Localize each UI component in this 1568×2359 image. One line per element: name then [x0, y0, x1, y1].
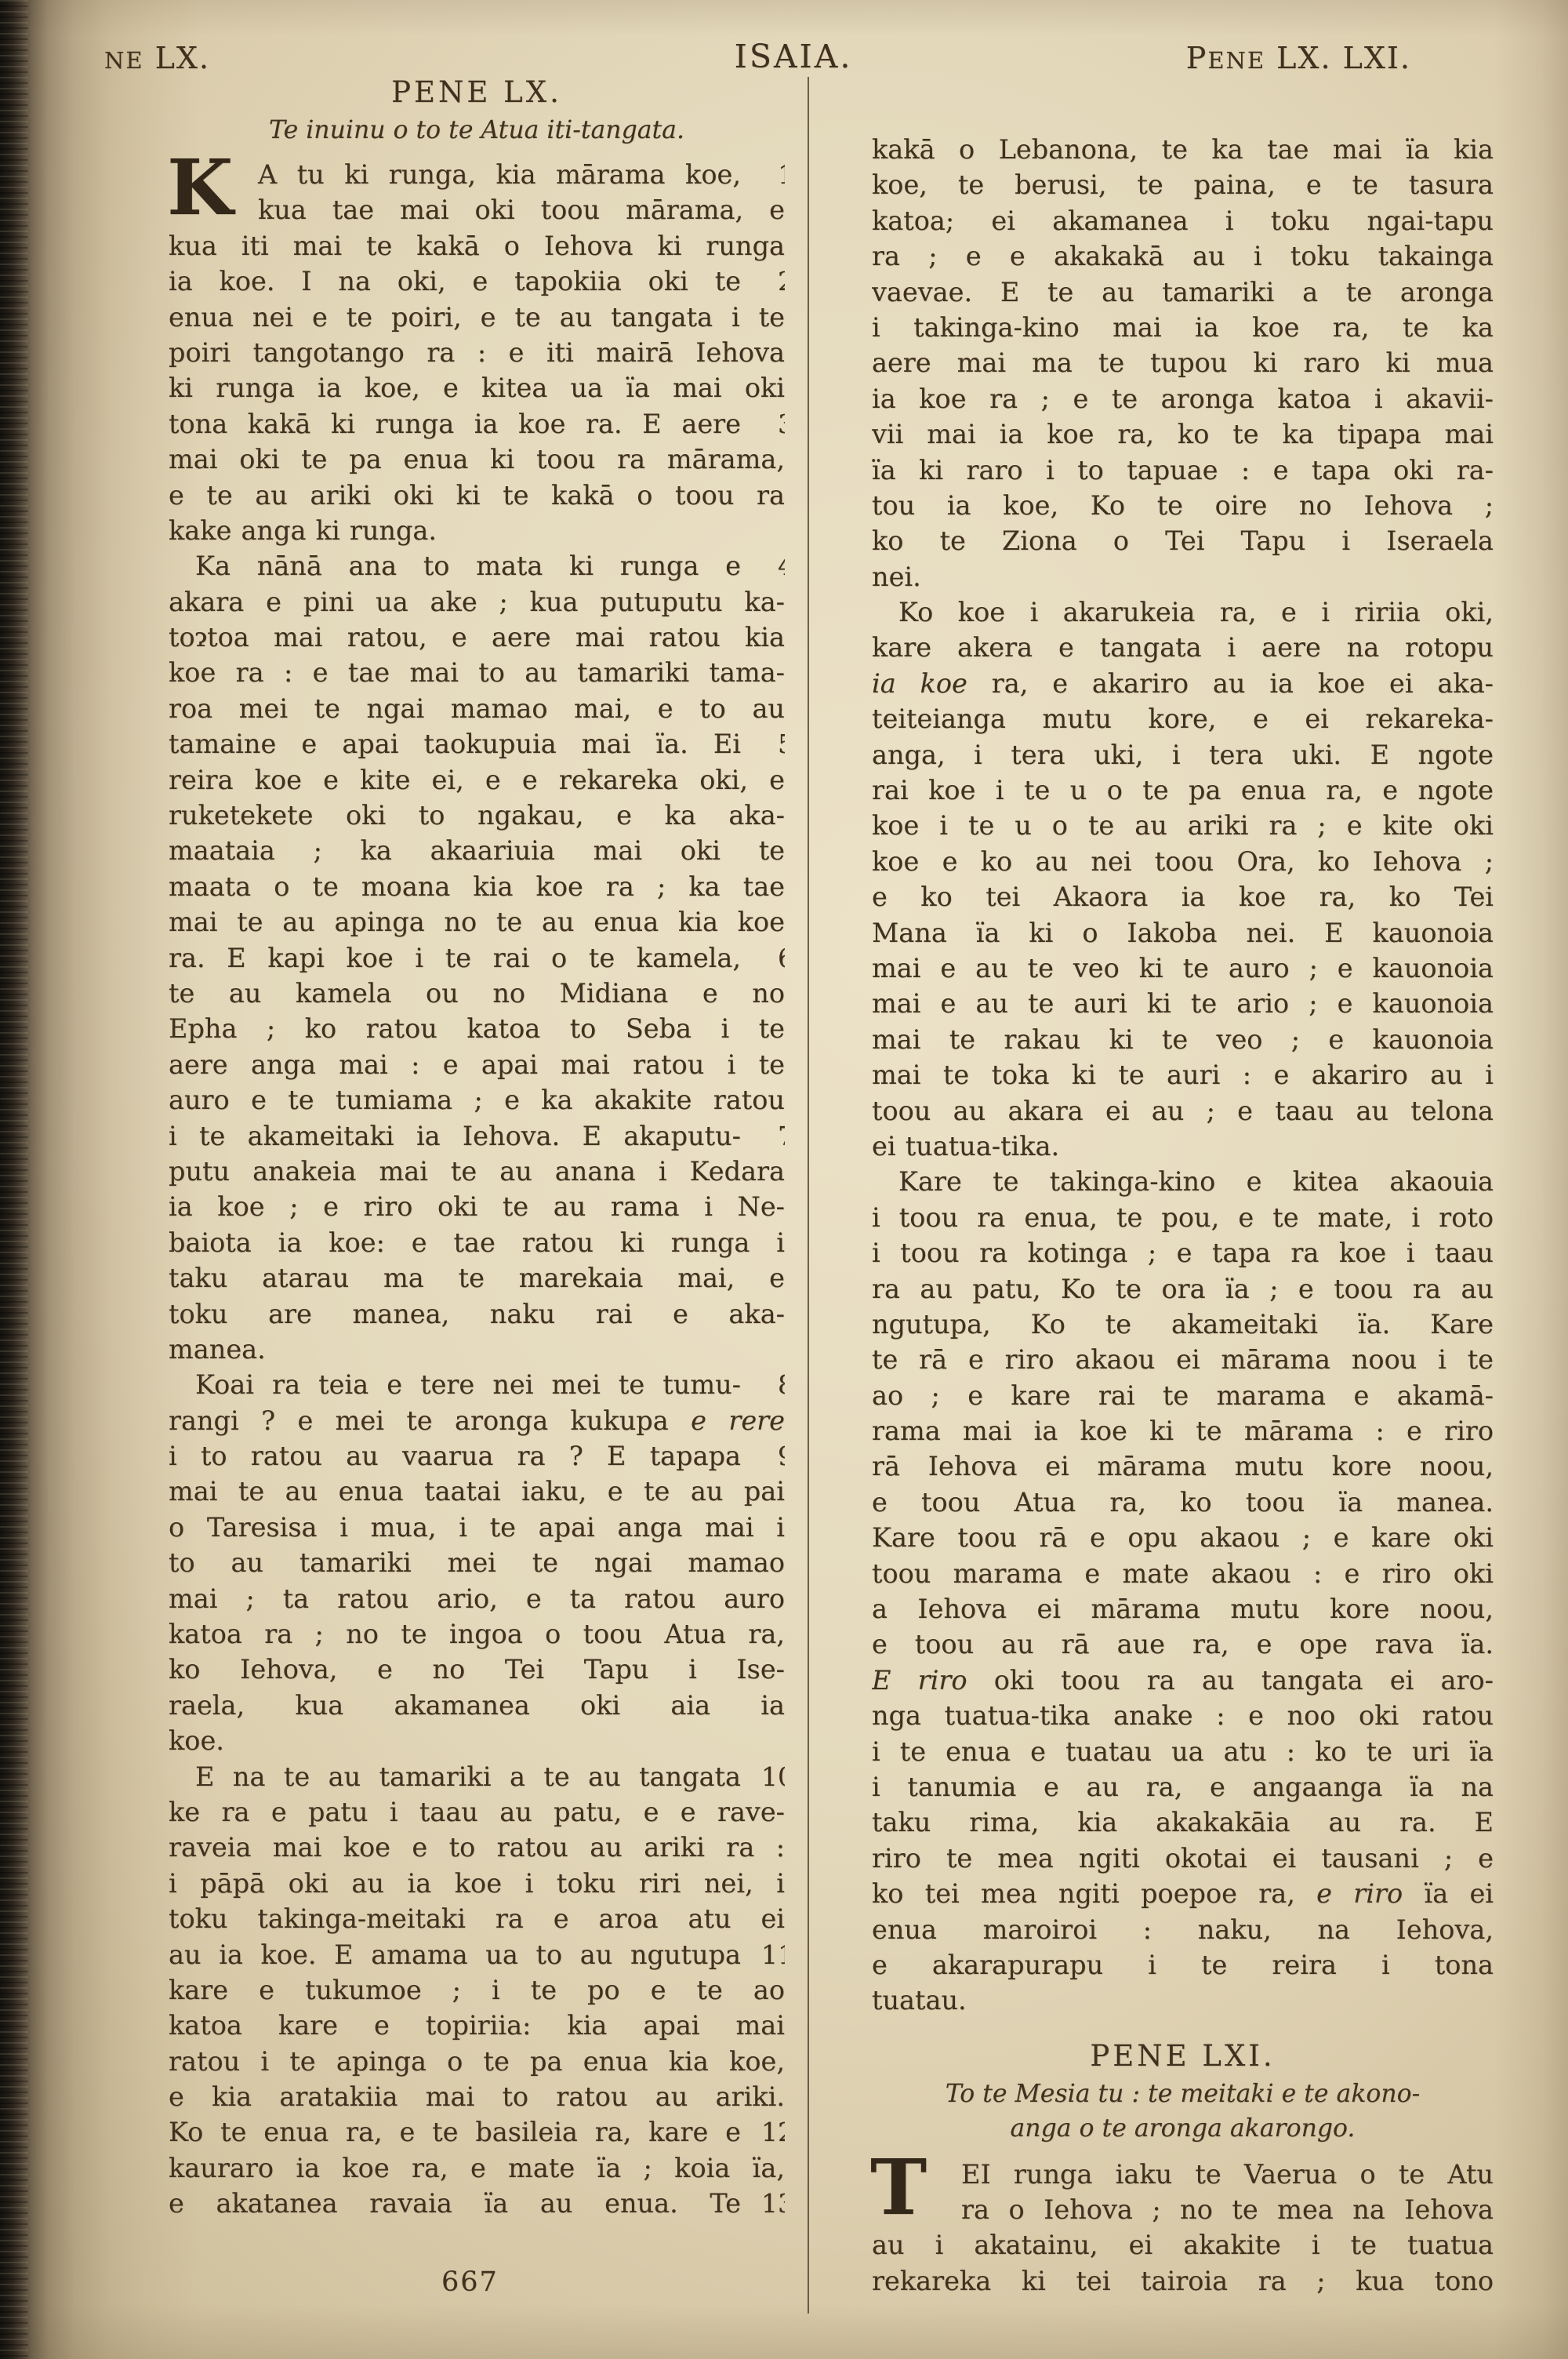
text-line: EI runga iaku te Vaerua o te Atu1: [872, 2157, 1494, 2192]
text-line: mai oki te pa enua ki toou ra mārama,: [169, 442, 785, 477]
verse-text: nga tuatua-tika anake : e noo oki ratou: [872, 1700, 1494, 1731]
chapter-heading-pene-lxi: PENE LXI.: [872, 2036, 1494, 2077]
text-line: koe ra : e tae mai to au tamariki tama-: [169, 655, 785, 690]
running-head-right: PENE LX. LXI.: [1186, 41, 1411, 75]
text-line: katoa; ei akamanea i toku ngai-tapu: [872, 203, 1494, 238]
verse-number: 8: [751, 1367, 785, 1402]
text-line: mai te rakau ki te veo ; e kauonoia: [872, 1022, 1494, 1057]
verse-text: rā Iehova ei mārama mutu kore noou,: [872, 1451, 1494, 1481]
verse-text: raela, kua akamanea oki aia ia: [169, 1690, 785, 1721]
verse-text: akara e pini ua ake ; kua putuputu ka-: [169, 587, 785, 617]
verse-text: tamaine e apai taokupuia mai ïa. Ei: [169, 729, 741, 759]
verse-text: i toou ra kotinga ; e tapa ra koe i taau: [872, 1238, 1494, 1268]
text-line: ei tuatua-tika.: [872, 1129, 1494, 1164]
text-line: kake anga ki runga.: [169, 513, 785, 548]
verse-text: ïa ki raro i to tapuae : e tapa oki ra-: [872, 455, 1494, 485]
text-line: teiteianga mutu kore, e ei rekareka-: [872, 701, 1494, 736]
text-line: a Iehova ei mārama mutu kore noou,: [872, 1591, 1494, 1627]
text-line: taku atarau ma te marekaia mai, e: [169, 1260, 785, 1296]
verse-number: 3: [778, 406, 785, 442]
text-line: vii mai ia koe ra, ko te ka tipapa mai: [872, 416, 1494, 452]
verse-text: i te enua e tuatau ua atu : ko te uri ïa: [872, 1736, 1494, 1767]
verse-text: anga, i tera uki, i tera uki. E ngote: [872, 740, 1494, 770]
text-line: i pāpā oki au ia koe i toku riri nei, i: [169, 1866, 785, 1901]
verse-text: au ia koe. E amama ua to au ngutupa: [169, 1939, 741, 1970]
text-line: i te akameitaki ia Iehova. E akaputu-7: [169, 1118, 785, 1154]
text-line: rama mai ia koe ki te mārama : e riro: [872, 1413, 1494, 1448]
text-line: ia koe. I na oki, e tapokiia oki te2: [169, 264, 785, 299]
verse-text: mai oki te pa enua ki toou ra mārama,: [169, 444, 785, 474]
text-line: ïa ki raro i to tapuae : e tapa oki ra-: [872, 453, 1494, 488]
text-line: e toou Atua ra, ko toou ïa manea.: [872, 1485, 1494, 1520]
verse-text: rai koe i te u o te pa enua ra, e ngote: [872, 775, 1494, 805]
text-line: Kare te takinga-kino e kitea akaouia18: [872, 1164, 1494, 1199]
verse-number: 10: [735, 1759, 785, 1794]
verse-text: roa mei te ngai mamao mai, e to au: [169, 693, 785, 724]
text-line: e toou au rā aue ra, e ope rava ïa.: [872, 1627, 1494, 1662]
verse-text: toɂtoa mai ratou, e aere mai ratou kia: [169, 622, 785, 652]
verse-text: rekareka ki tei tairoia ra ; kua tono: [872, 2266, 1494, 2296]
verse-text: ei tuatua-tika.: [872, 1131, 1059, 1161]
chapter-subtitle-pene-lxi: To te Mesia tu : te meitaki e te akono- …: [872, 2077, 1494, 2146]
verse-text: aere anga mai : e apai mai ratou i te: [169, 1049, 785, 1080]
text-line: tona kakā ki runga ia koe ra. E aere3: [169, 406, 785, 442]
verse-text: Ko koe i akarukeia ra, e i ririia oki,: [898, 597, 1494, 627]
running-head-left-smallcaps: NE: [104, 47, 144, 74]
verse-text: mai ; ta ratou ario, e ta ratou auro: [169, 1583, 785, 1614]
text-line: enua maroiroi : naku, na Iehova,: [872, 1912, 1494, 1947]
text-line: ao ; e kare rai te marama e akamā-: [872, 1378, 1494, 1413]
verse-text: to au tamariki mei te ngai mamao: [169, 1547, 785, 1578]
verse-text: mai e au te veo ki te auro ; e kauonoia: [872, 953, 1494, 983]
text-line: koe.: [169, 1723, 785, 1758]
text-line: Epha ; ko ratou katoa to Seba i te: [169, 1011, 785, 1046]
verse-text: toou au akara ei au ; e taau au telona: [872, 1096, 1494, 1126]
verse-text: vii mai ia koe ra, ko te ka tipapa mai: [872, 419, 1494, 449]
text-line: e ko tei Akaora ia koe ra, ko Tei: [872, 879, 1494, 914]
column-divider-rule: [808, 77, 809, 2314]
verse-text: koe.: [169, 1725, 224, 1756]
verse-text: ko tei mea ngiti poepoe ra, e riro ïa ei: [872, 1878, 1494, 1909]
verse-number: 2: [778, 264, 785, 299]
verse-text: e kia aratakiia mai to ratou au ariki.: [169, 2081, 785, 2112]
verse-text: i to ratou au vaarua ra ? E tapapa: [169, 1441, 741, 1471]
verse-text: rangi ? e mei te aronga kukupa e rere: [169, 1405, 785, 1436]
verse-text: reira koe e kite ei, e e rekareka oki, e: [169, 765, 785, 795]
verse-number: 9: [778, 1438, 785, 1474]
verse-text: ra o Iehova ; no te mea na Iehova: [961, 2194, 1494, 2225]
verse-text: i pāpā oki au ia koe i toku riri nei, i: [169, 1868, 785, 1899]
text-line: manea.: [169, 1332, 785, 1367]
verse-text: i te akameitaki ia Iehova. E akaputu-: [169, 1121, 741, 1151]
text-line: o Taresisa i mua, i te apai anga mai i: [169, 1510, 785, 1545]
text-line: kare akera e tangata i aere na rotopu: [872, 630, 1494, 665]
text-line: Ka nānā ana to mata ki runga e4: [169, 548, 785, 583]
text-line: e kia aratakiia mai to ratou au ariki.: [169, 2079, 785, 2114]
text-line: E riro oki toou ra au tangata ei aro-21: [872, 1663, 1494, 1698]
verse-text: baiota ia koe: e tae ratou ki runga i: [169, 1227, 785, 1258]
text-line: Ko te enua ra, e te basileia ra, kare e1…: [169, 2114, 785, 2150]
verse-text: EI runga iaku te Vaerua o te Atu: [961, 2159, 1494, 2190]
text-line: e akatanea ravaia ïa au enua. Te13: [169, 2186, 785, 2221]
text-line: ia koe ra ; e te aronga katoa i akavii-: [872, 381, 1494, 416]
verse-text: riro te mea ngiti okotai ei tausani ; e: [872, 1843, 1494, 1874]
verse-text: toku are manea, naku rai e aka-: [169, 1299, 785, 1329]
verse-text: A tu ki runga, kia mārama koe,: [258, 159, 741, 190]
verse-number: 5: [778, 726, 785, 761]
text-line: A tu ki runga, kia mārama koe,1: [169, 157, 785, 192]
text-line: kare e tukumoe ; i te po e te ao: [169, 1972, 785, 2008]
text-line: i toou ra kotinga ; e tapa ra koe i taau: [872, 1235, 1494, 1270]
text-line: mai te toka ki te auri : e akariro au i: [872, 1057, 1494, 1092]
chapter-heading-pene-lx: PENE LX.: [169, 72, 785, 113]
verse-text: e toou au rā aue ra, e ope rava ïa.: [872, 1629, 1494, 1659]
page-number: 667: [441, 2266, 499, 2298]
verse-text: toku takinga-meitaki ra e aroa atu ei: [169, 1903, 785, 1934]
verse-text: ko te Ziona o Tei Tapu i Iseraela: [872, 525, 1494, 556]
text-line: roa mei te ngai mamao mai, e to au: [169, 691, 785, 726]
verse-text: poiri tangotango ra : e iti mairā Iehova: [169, 337, 785, 368]
verse-text: Koai ra teia e tere nei mei te tumu-: [195, 1369, 741, 1400]
text-line: toou au akara ei au ; e taau au telona: [872, 1093, 1494, 1129]
text-line: tamaine e apai taokupuia mai ïa. Ei5: [169, 726, 785, 761]
verse-text: tou ia koe, Ko te oire no Iehova ;: [872, 490, 1494, 521]
text-line: maata o te moana kia koe ra ; ka tae: [169, 869, 785, 904]
right-column: kakā o Lebanona, te ka tae mai ïa kiakoe…: [872, 132, 1494, 2299]
text-line: ko te Ziona o Tei Tapu i Iseraela: [872, 523, 1494, 558]
text-line: vaevae. E te au tamariki a te aronga14: [872, 274, 1494, 310]
text-line: riro te mea ngiti okotai ei tausani ; e: [872, 1841, 1494, 1876]
verse-text: toou marama e mate akaou : e riro oki: [872, 1558, 1494, 1589]
text-line: ra ; e e akakakā au i toku takainga: [872, 238, 1494, 274]
verse-text: taku atarau ma te marekaia mai, e: [169, 1263, 785, 1293]
text-line: tuatau.: [872, 1983, 1494, 2018]
text-line: mai te au apinga no te au enua kia koe: [169, 904, 785, 940]
verse-text: manea.: [169, 1334, 266, 1365]
text-line: ko Iehova, e no Tei Tapu i Ise-: [169, 1652, 785, 1687]
text-line: toɂtoa mai ratou, e aere mai ratou kia: [169, 620, 785, 655]
verse-text: kua tae mai oki toou mārama, e: [258, 194, 785, 225]
text-line: to au tamariki mei te ngai mamao: [169, 1545, 785, 1580]
verse-text: katoa ra ; no te ingoa o toou Atua ra,: [169, 1619, 785, 1649]
text-line: aere mai ma te tupou ki raro ki mua: [872, 345, 1494, 380]
verse-text: Kare te takinga-kino e kitea akaouia: [898, 1166, 1494, 1197]
text-line: koe e ko au nei toou Ora, ko Iehova ;: [872, 844, 1494, 879]
text-line: te au kamela ou no Midiana e no: [169, 976, 785, 1011]
verse-text: i takinga-kino mai ia koe ra, te ka: [872, 312, 1494, 343]
verse-text: ko Iehova, e no Tei Tapu i Ise-: [169, 1654, 785, 1685]
verse-text: kakā o Lebanona, te ka tae mai ïa kia: [872, 134, 1494, 165]
verse-text: katoa; ei akamanea i toku ngai-tapu: [872, 205, 1494, 236]
text-line: i te enua e tuatau ua atu : ko te uri ïa: [872, 1734, 1494, 1769]
verse-text: kare e tukumoe ; i te po e te ao: [169, 1975, 785, 2005]
text-line: koe, te berusi, te paina, e te tasura: [872, 167, 1494, 202]
verse-text: mai te au apinga no te au enua kia koe: [169, 907, 785, 937]
verse-text: kua iti mai te kakā o Iehova ki runga: [169, 231, 785, 261]
text-line: ia koe ra, e akariro au ia koe ei aka-: [872, 666, 1494, 701]
verse-text: ke ra e patu i taau au patu, e e rave-: [169, 1797, 785, 1827]
verse-text: koe, te berusi, te paina, e te tasura: [872, 169, 1494, 200]
running-head-right-numeral: LX. LXI.: [1276, 41, 1411, 75]
verse-text: ia koe ra ; e te aronga katoa i akavii-: [872, 383, 1494, 414]
verse-text: Mana ïa ki o Iakoba nei. E kauonoia: [872, 918, 1494, 948]
text-line: anga, i tera uki, i tera uki. E ngote16: [872, 737, 1494, 772]
verse-text: kare akera e tangata i aere na rotopu: [872, 632, 1494, 663]
verse-text: ratou i te apinga o te pa enua kia koe,: [169, 2046, 785, 2077]
verse-text: Ka nānā ana to mata ki runga e: [195, 551, 741, 581]
verse-text: ki runga ia koe, e kitea ua ïa mai oki: [169, 373, 785, 403]
text-line: putu anakeia mai te au anana i Kedara: [169, 1154, 785, 1189]
page-edge-texture: [0, 0, 28, 2359]
verse-text: e toou Atua ra, ko toou ïa manea.: [872, 1487, 1494, 1518]
text-line: raveia mai koe e to ratou au ariki ra :: [169, 1830, 785, 1865]
verse-text: koe e ko au nei toou Ora, ko Iehova ;: [872, 846, 1494, 877]
text-line: rā Iehova ei mārama mutu kore noou,: [872, 1448, 1494, 1484]
chapter-subtitle-line-1: To te Mesia tu : te meitaki e te akono-: [872, 2077, 1494, 2111]
chapter-subtitle-pene-lx: Te inuinu o to te Atua iti-tangata.: [169, 113, 785, 147]
running-head-left: NE LX.: [104, 41, 210, 75]
verse-text: koe ra : e tae mai to au tamariki tama-: [169, 657, 785, 688]
verse-text: tona kakā ki runga ia koe ra. E aere: [169, 409, 741, 439]
text-line: Ko koe i akarukeia ra, e i ririia oki,15: [872, 594, 1494, 630]
verse-text: auro e te tumiama ; e ka akakite ratou: [169, 1085, 785, 1115]
text-line: raela, kua akamanea oki aia ia: [169, 1688, 785, 1723]
text-line: katoa ra ; no te ingoa o toou Atua ra,: [169, 1616, 785, 1652]
verse-text: i toou ra enua, te pou, e te mate, i rot…: [872, 1202, 1494, 1233]
verse-text: teiteianga mutu kore, e ei rekareka-: [872, 703, 1494, 734]
text-line: ko tei mea ngiti poepoe ra, e riro ïa ei: [872, 1876, 1494, 1911]
verse-text: koe i te u o te au ariki ra ; e kite oki: [872, 810, 1494, 841]
text-line: kakā o Lebanona, te ka tae mai ïa kia: [872, 132, 1494, 167]
verse-text: enua maroiroi : naku, na Iehova,: [872, 1914, 1494, 1945]
text-line: poiri tangotango ra : e iti mairā Iehova: [169, 335, 785, 370]
verse-text: ngutupa, Ko te akameitaki ïa. Kare: [872, 1309, 1494, 1339]
text-line: E na te au tamariki a te au tangata10: [169, 1759, 785, 1794]
verse-text: taku rima, kia akakakāia au ra. E: [872, 1807, 1494, 1837]
verse-text: putu anakeia mai te au anana i Kedara: [169, 1156, 785, 1187]
verse-text: Epha ; ko ratou katoa to Seba i te: [169, 1013, 785, 1044]
text-line: toou marama e mate akaou : e riro oki: [872, 1556, 1494, 1591]
verse-number: 13: [761, 2186, 785, 2221]
text-line: i takinga-kino mai ia koe ra, te ka: [872, 310, 1494, 345]
verse-number: 7: [778, 1118, 785, 1154]
verse-text: e akarapurapu i te reira i tona: [872, 1950, 1494, 1980]
text-line: Kare toou rā e opu akaou ; e kare oki20: [872, 1520, 1494, 1555]
verse-text: aere mai ma te tupou ki raro ki mua: [872, 347, 1494, 378]
verse-text: o Taresisa i mua, i te apai anga mai i: [169, 1512, 785, 1543]
verse-text: e ko tei Akaora ia koe ra, ko Tei: [872, 881, 1494, 912]
verse-text: enua nei e te poiri, e te au tangata i t…: [169, 302, 785, 333]
text-line: toku are manea, naku rai e aka-: [169, 1296, 785, 1332]
text-line: ra au patu, Ko te ora ïa ; e toou ra au: [872, 1271, 1494, 1307]
text-line: ruketekete oki to ngakau, e ka aka-: [169, 798, 785, 833]
text-line: i toou ra enua, te pou, e te mate, i rot…: [872, 1200, 1494, 1235]
verse-text: E riro oki toou ra au tangata ei aro-: [872, 1665, 1494, 1696]
verse-text: katoa kare e topiriia: kia apai mai: [169, 2010, 785, 2041]
running-head-left-numeral: LX.: [155, 41, 210, 75]
running-head-title: ISAIA.: [735, 38, 853, 75]
text-line: kauraro ia koe ra, e mate ïa ; koia ïa,: [169, 2150, 785, 2186]
text-line: Koai ra teia e tere nei mei te tumu-8: [169, 1367, 785, 1402]
text-line: aere anga mai : e apai mai ratou i te: [169, 1047, 785, 1082]
verse-text: ruketekete oki to ngakau, e ka aka-: [169, 800, 785, 831]
text-line: toku takinga-meitaki ra e aroa atu ei: [169, 1901, 785, 1936]
text-line: rai koe i te u o te pa enua ra, e ngote: [872, 772, 1494, 808]
text-line: katoa kare e topiriia: kia apai mai: [169, 2008, 785, 2043]
verse-number: 6: [778, 940, 785, 976]
text-line: ra o Iehova ; no te mea na Iehova: [872, 2192, 1494, 2227]
text-line: mai e au te veo ki te auro ; e kauonoia: [872, 951, 1494, 986]
verse-text: au i akatainu, ei akakite i te tuatua: [872, 2230, 1494, 2260]
text-line: e akarapurapu i te reira i tona: [872, 1947, 1494, 1983]
verse-text: nei.: [872, 562, 921, 592]
verse-number: 12: [761, 2114, 785, 2150]
left-column: PENE LX. Te inuinu o to te Atua iti-tang…: [169, 72, 785, 2222]
verse-text: e akatanea ravaia ïa au enua. Te: [169, 2188, 741, 2219]
text-line: i tanumia e au ra, e angaanga ïa na: [872, 1769, 1494, 1805]
verse-text: vaevae. E te au tamariki a te aronga: [872, 277, 1494, 307]
text-line: te rā e riro akaou ei mārama noou i te: [872, 1342, 1494, 1377]
verse-text: ia koe ra, e akariro au ia koe ei aka-: [872, 668, 1494, 699]
verse-text: maataia ; ka akaariuia mai oki te: [169, 835, 785, 866]
verse-text: raveia mai koe e to ratou au ariki ra :: [169, 1832, 785, 1863]
text-line: taku rima, kia akakakāia au ra. E22: [872, 1805, 1494, 1840]
text-line: nga tuatua-tika anake : e noo oki ratou: [872, 1698, 1494, 1733]
verse-text: te au kamela ou no Midiana e no: [169, 978, 785, 1009]
text-line: ra. E kapi koe i te rai o te kamela,6: [169, 940, 785, 976]
text-line: ke ra e patu i taau au patu, e e rave-: [169, 1794, 785, 1830]
verse-number: 1: [778, 157, 785, 192]
verse-text: i tanumia e au ra, e angaanga ïa na: [872, 1772, 1494, 1802]
text-line: nei.: [872, 559, 1494, 594]
verse-text: mai e au te auri ki te ario ; e kauonoia: [872, 988, 1494, 1019]
verse-text: a Iehova ei mārama mutu kore noou,: [872, 1594, 1494, 1624]
text-line: ngutupa, Ko te akameitaki ïa. Kare19: [872, 1307, 1494, 1342]
text-line: ki runga ia koe, e kitea ua ïa mai oki: [169, 370, 785, 405]
right-column-body-bottom: T EI runga iaku te Vaerua o te Atu1ra o …: [872, 2157, 1494, 2299]
verse-text: tuatau.: [872, 1985, 967, 2016]
verse-text: ra. E kapi koe i te rai o te kamela,: [169, 943, 741, 973]
verse-text: ra ; e e akakakā au i toku takainga: [872, 241, 1494, 271]
left-column-body: K A tu ki runga, kia mārama koe,1kua tae…: [169, 157, 785, 2222]
text-line: ratou i te apinga o te pa enua kia koe,: [169, 2044, 785, 2079]
text-line: mai ; ta ratou ario, e ta ratou auro: [169, 1581, 785, 1616]
text-line: akara e pini ua ake ; kua putuputu ka-: [169, 584, 785, 620]
verse-number: 4: [751, 548, 785, 583]
chapter-subtitle-line-2: anga o te aronga akarongo.: [872, 2111, 1494, 2146]
verse-text: kake anga ki runga.: [169, 515, 437, 546]
text-line: mai e au te auri ki te ario ; e kauonoia: [872, 986, 1494, 1021]
verse-text: te rā e riro akaou ei mārama noou i te: [872, 1344, 1494, 1375]
verse-text: maata o te moana kia koe ra ; ka tae: [169, 871, 785, 902]
verse-text: ao ; e kare rai te marama e akamā-: [872, 1380, 1494, 1411]
text-line: Mana ïa ki o Iakoba nei. E kauonoia17: [872, 915, 1494, 951]
verse-text: mai te toka ki te auri : e akariro au i: [872, 1060, 1494, 1090]
text-line: kua tae mai oki toou mārama, e: [169, 192, 785, 227]
text-line: i to ratou au vaarua ra ? E tapapa9: [169, 1438, 785, 1474]
right-column-body-top: kakā o Lebanona, te ka tae mai ïa kiakoe…: [872, 132, 1494, 2019]
verse-text: Ko te enua ra, e te basileia ra, kare e: [169, 2117, 741, 2147]
verse-text: E na te au tamariki a te au tangata: [195, 1761, 741, 1792]
text-line: reira koe e kite ei, e e rekareka oki, e: [169, 762, 785, 798]
running-head-right-smallcaps: ENE: [1207, 47, 1265, 74]
verse-text: e te au ariki oki ki te kakā o toou ra: [169, 480, 785, 511]
verse-text: ia koe. I na oki, e tapokiia oki te: [169, 266, 741, 296]
text-line: rangi ? e mei te aronga kukupa e rere: [169, 1403, 785, 1438]
verse-text: rama mai ia koe ki te mārama : e riro: [872, 1416, 1494, 1446]
text-line: maataia ; ka akaariuia mai oki te: [169, 833, 785, 868]
text-line: auro e te tumiama ; e ka akakite ratou: [169, 1082, 785, 1118]
text-line: ia koe ; e riro oki te au rama i Ne-: [169, 1189, 785, 1224]
verse-number: 11: [761, 1937, 785, 1972]
verse-text: ia koe ; e riro oki te au rama i Ne-: [169, 1191, 785, 1222]
text-line: koe i te u o te au ariki ra ; e kite oki: [872, 808, 1494, 843]
text-line: au ia koe. E amama ua to au ngutupa11: [169, 1937, 785, 1972]
verse-text: Kare toou rā e opu akaou ; e kare oki: [872, 1522, 1494, 1553]
verse-text: ra au patu, Ko te ora ïa ; e toou ra au: [872, 1274, 1494, 1304]
running-head-right-cap: P: [1186, 41, 1208, 75]
text-line: au i akatainu, ei akakite i te tuatua: [872, 2227, 1494, 2263]
verse-text: mai te rakau ki te veo ; e kauonoia: [872, 1024, 1494, 1055]
text-line: mai te au enua taatai iaku, e te au pai: [169, 1474, 785, 1509]
text-line: baiota ia koe: e tae ratou ki runga i: [169, 1225, 785, 1260]
text-line: rekareka ki tei tairoia ra ; kua tono: [872, 2263, 1494, 2299]
verse-text: kauraro ia koe ra, e mate ïa ; koia ïa,: [169, 2153, 785, 2183]
verse-text: mai te au enua taatai iaku, e te au pai: [169, 1476, 785, 1507]
text-line: tou ia koe, Ko te oire no Iehova ;: [872, 488, 1494, 523]
text-line: e te au ariki oki ki te kakā o toou ra: [169, 478, 785, 513]
text-line: enua nei e te poiri, e te au tangata i t…: [169, 300, 785, 335]
text-line: kua iti mai te kakā o Iehova ki runga: [169, 228, 785, 264]
